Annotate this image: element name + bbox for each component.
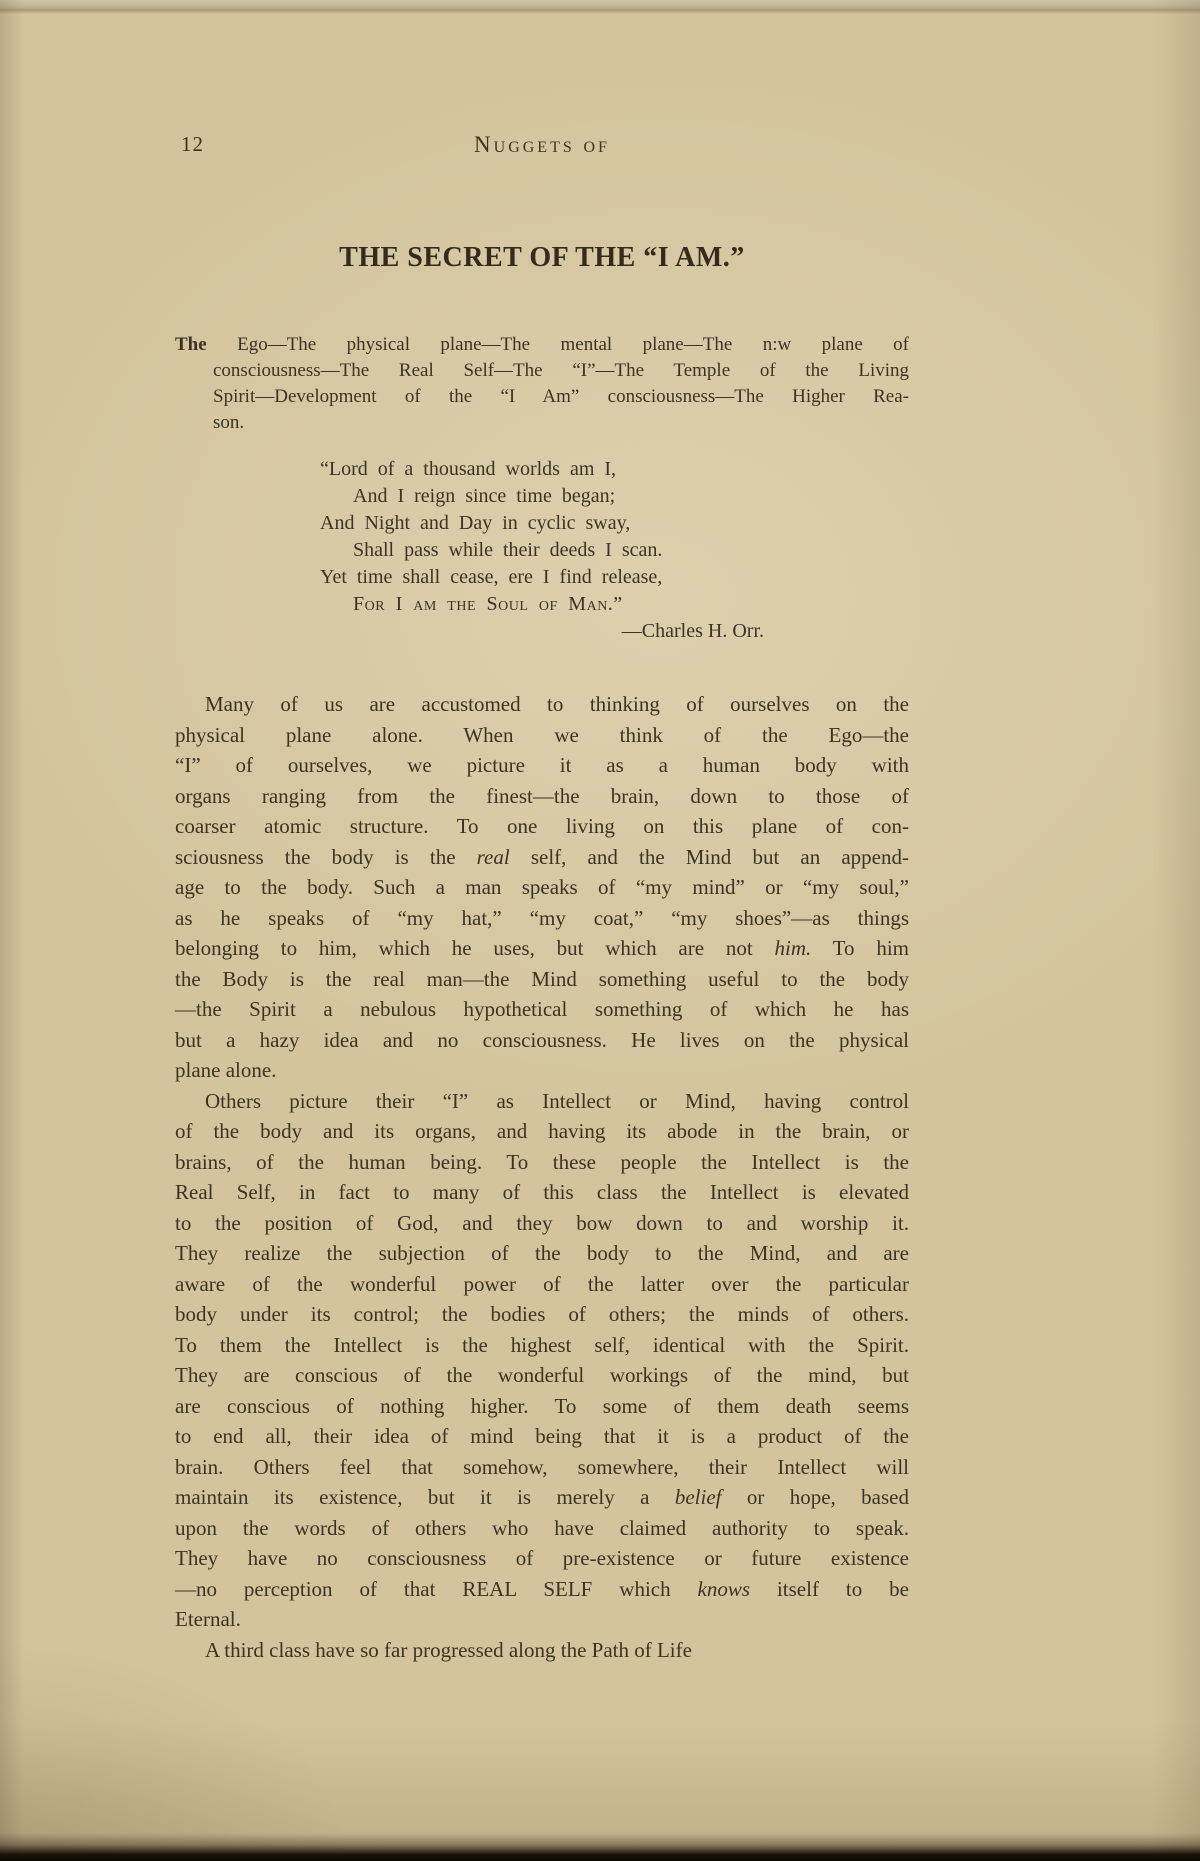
page-bottom-edge xyxy=(0,1833,1200,1861)
text-line: To them the Intellect is the highest sel… xyxy=(175,1330,909,1361)
text-line: And I reign since time began; xyxy=(320,483,909,510)
text-line: upon the words of others who have claime… xyxy=(175,1513,909,1544)
text-line: to end all, their idea of mind being tha… xyxy=(175,1421,909,1452)
text-line: For I am the Soul of Man.” xyxy=(320,591,909,618)
book-page: 12 Nuggets of THE SECRET OF THE “I AM.” … xyxy=(0,0,1200,1861)
text-line: consciousness—The Real Self—The “I”—The … xyxy=(175,358,909,384)
page-number: 12 xyxy=(181,132,204,157)
poem-attribution: —Charles H. Orr. xyxy=(175,618,909,645)
text-line: Spirit—Development of the “I Am” conscio… xyxy=(175,384,909,410)
text-line: Yet time shall cease, ere I find release… xyxy=(320,564,909,591)
text-line: physical plane alone. When we think of t… xyxy=(175,720,909,751)
running-title: Nuggets of xyxy=(175,132,909,158)
text-line: “I” of ourselves, we picture it as a hum… xyxy=(175,750,909,781)
text-line: Many of us are accustomed to thinking of… xyxy=(175,689,909,720)
text-line: The Ego—The physical plane—The mental pl… xyxy=(175,332,909,358)
text-line: maintain its existence, but it is merely… xyxy=(175,1482,909,1513)
text-line: And Night and Day in cyclic sway, xyxy=(320,510,909,537)
page-content: 12 Nuggets of THE SECRET OF THE “I AM.” … xyxy=(175,132,909,1665)
text-line: They have no consciousness of pre-existe… xyxy=(175,1543,909,1574)
text-line: sciousness the body is the real self, an… xyxy=(175,842,909,873)
running-head: 12 Nuggets of xyxy=(175,132,909,158)
text-line: are conscious of nothing higher. To some… xyxy=(175,1391,909,1422)
chapter-synopsis: The Ego—The physical plane—The mental pl… xyxy=(175,332,909,436)
text-line: Eternal. xyxy=(175,1604,909,1635)
text-line: They are conscious of the wonderful work… xyxy=(175,1360,909,1391)
text-line: Others picture their “I” as Intellect or… xyxy=(175,1086,909,1117)
epigraph-poem: “Lord of a thousand worlds am I,And I re… xyxy=(175,456,909,645)
text-line: Shall pass while their deeds I scan. xyxy=(320,537,909,564)
paragraph-1: Many of us are accustomed to thinking of… xyxy=(175,689,909,1086)
text-line: A third class have so far progressed alo… xyxy=(175,1635,909,1666)
text-line: of the body and its organs, and having i… xyxy=(175,1116,909,1147)
text-line: brains, of the human being. To these peo… xyxy=(175,1147,909,1178)
text-line: organs ranging from the finest—the brain… xyxy=(175,781,909,812)
text-line: belonging to him, which he uses, but whi… xyxy=(175,933,909,964)
chapter-title: THE SECRET OF THE “I AM.” xyxy=(175,242,909,274)
text-line: They realize the subjection of the body … xyxy=(175,1238,909,1269)
text-line: brain. Others feel that somehow, somewhe… xyxy=(175,1452,909,1483)
text-line: —no perception of that REAL SELF which k… xyxy=(175,1574,909,1605)
text-line: Real Self, in fact to many of this class… xyxy=(175,1177,909,1208)
text-line: coarser atomic structure. To one living … xyxy=(175,811,909,842)
text-line: but a hazy idea and no consciousness. He… xyxy=(175,1025,909,1056)
body-text: Many of us are accustomed to thinking of… xyxy=(175,689,909,1665)
text-line: aware of the wonderful power of the latt… xyxy=(175,1269,909,1300)
poem-verse: “Lord of a thousand worlds am I,And I re… xyxy=(320,456,909,618)
text-line: as he speaks of “my hat,” “my coat,” “my… xyxy=(175,903,909,934)
text-line: to the position of God, and they bow dow… xyxy=(175,1208,909,1239)
text-line: —the Spirit a nebulous hypothetical some… xyxy=(175,994,909,1025)
paragraph-2: Others picture their “I” as Intellect or… xyxy=(175,1086,909,1635)
text-line: plane alone. xyxy=(175,1055,909,1086)
text-line: age to the body. Such a man speaks of “m… xyxy=(175,872,909,903)
text-line: body under its control; the bodies of ot… xyxy=(175,1299,909,1330)
text-line: son. xyxy=(175,410,909,436)
text-line: the Body is the real man—the Mind someth… xyxy=(175,964,909,995)
paragraph-3: A third class have so far progressed alo… xyxy=(175,1635,909,1666)
text-line: “Lord of a thousand worlds am I, xyxy=(320,456,909,483)
